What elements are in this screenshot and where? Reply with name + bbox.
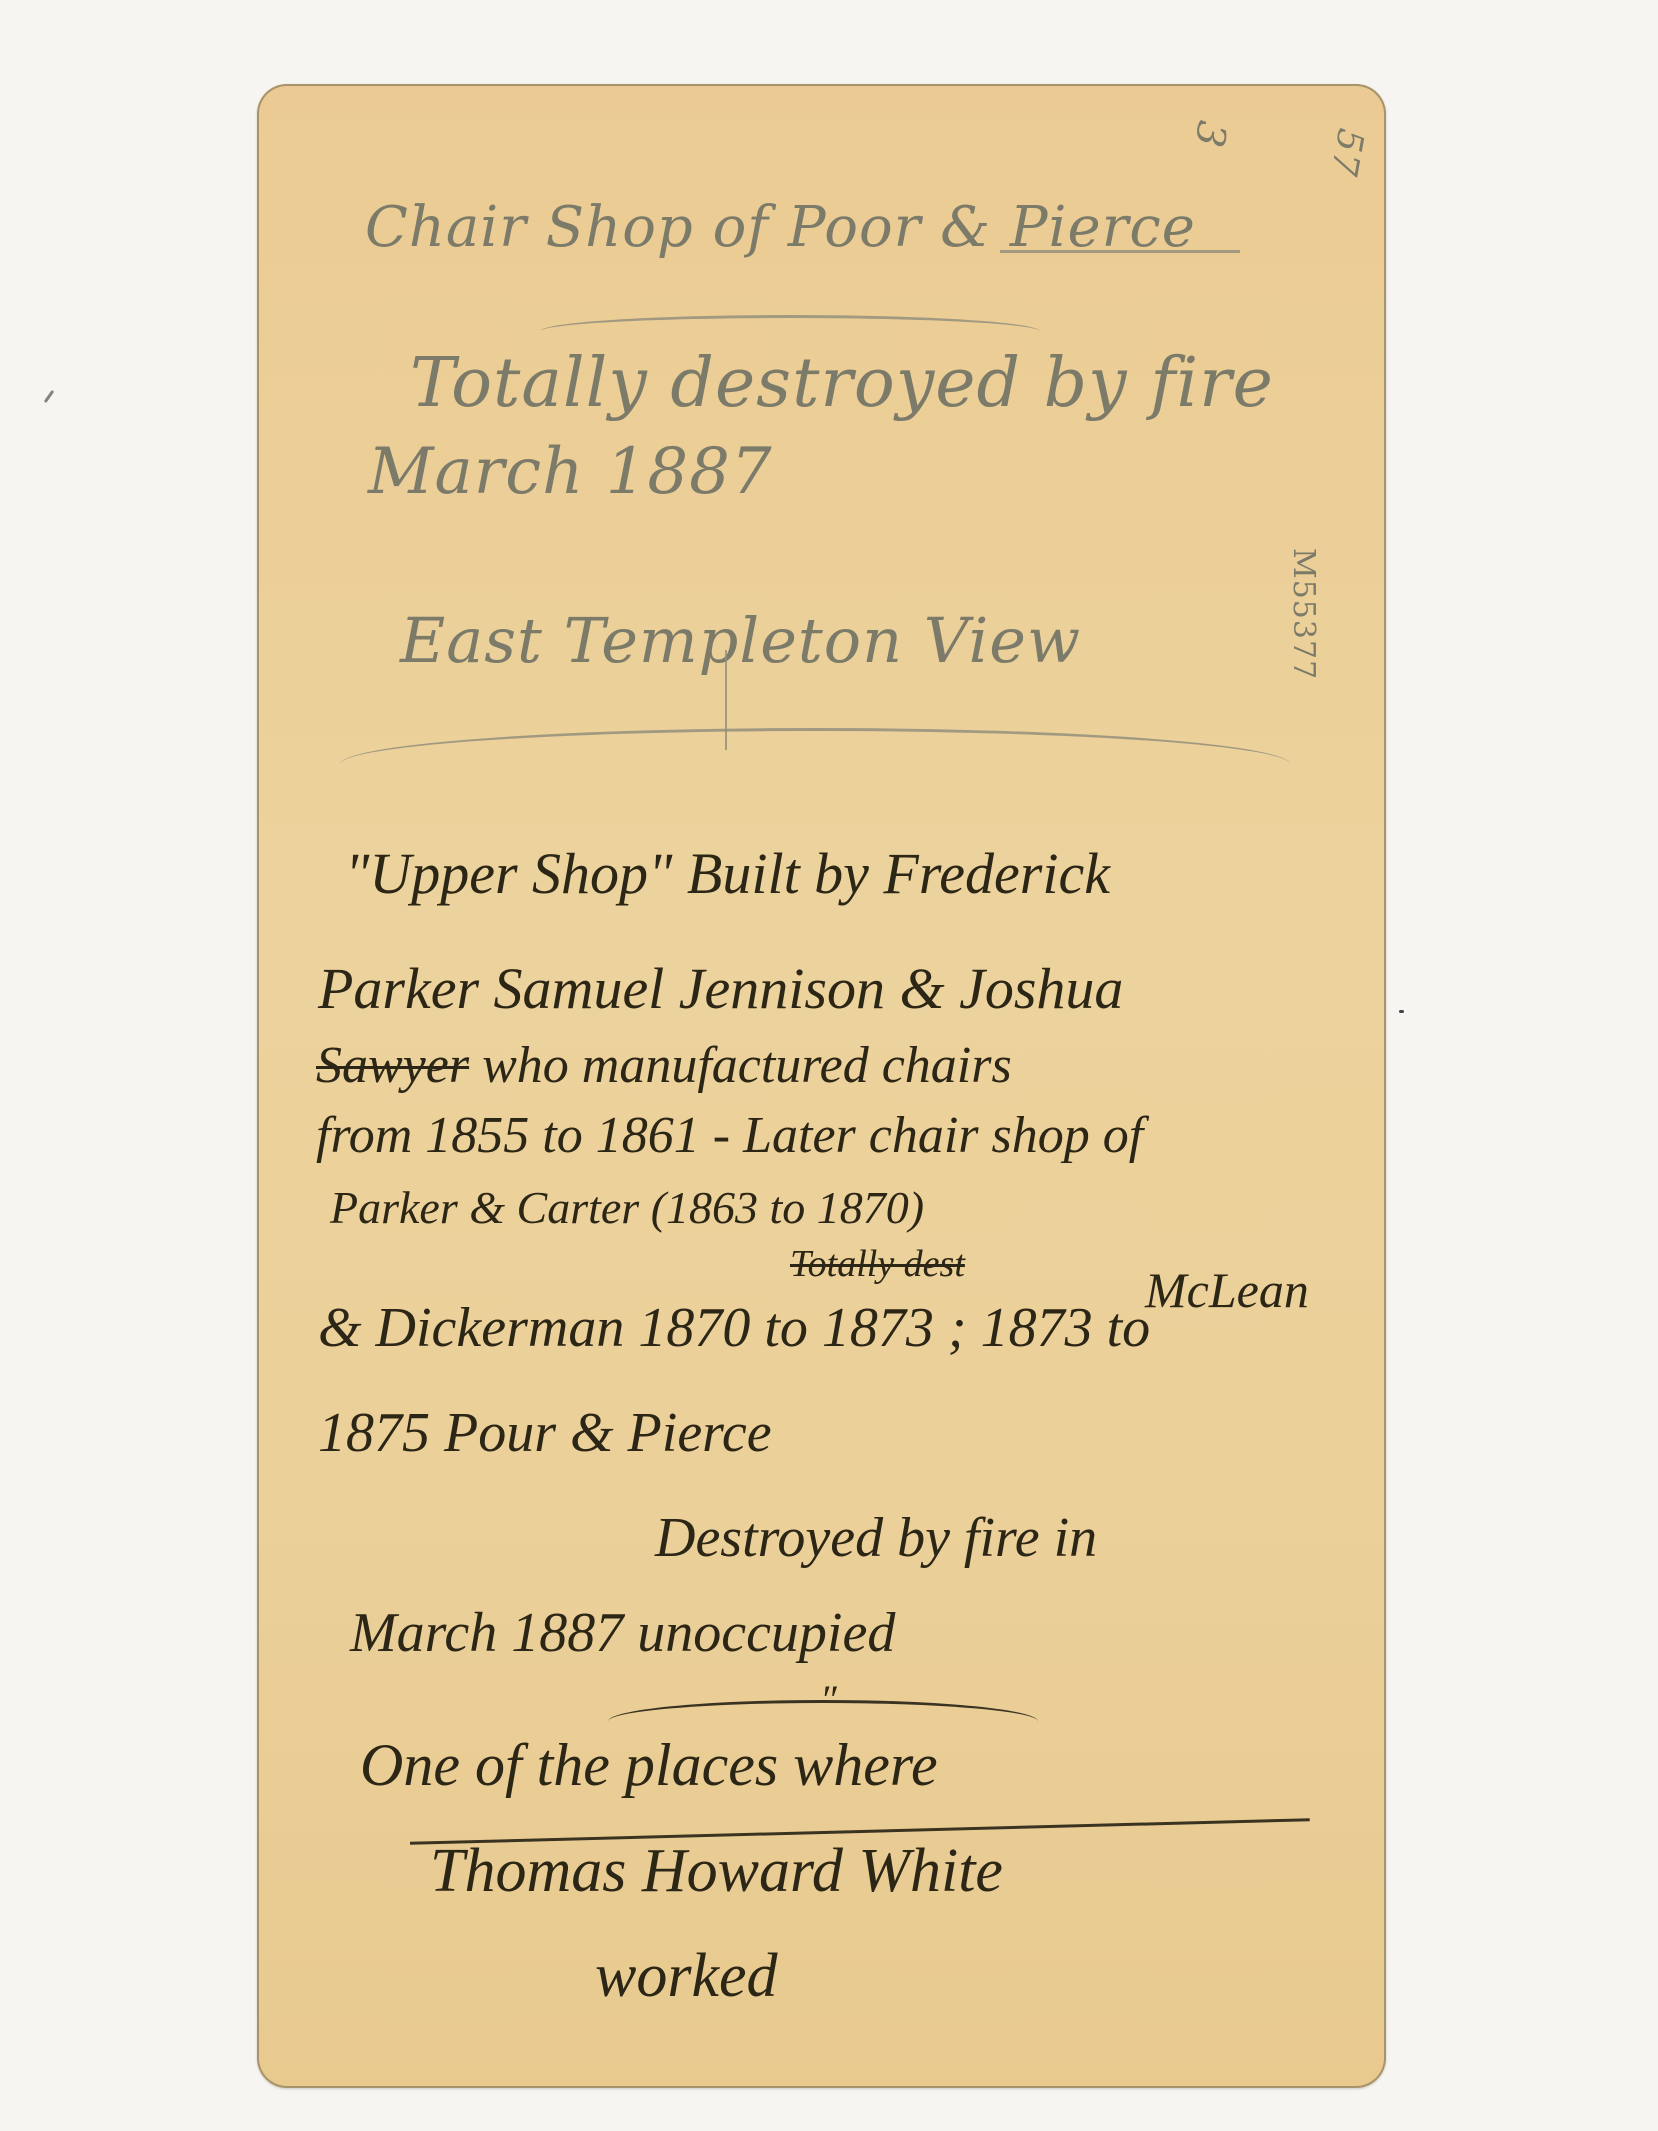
ink-line-2: Parker Samuel Jennison & Joshua xyxy=(318,960,1123,1018)
ink-line-5: Parker & Carter (1863 to 1870) xyxy=(330,1185,924,1231)
ink-line-5-name: McLean xyxy=(1145,1265,1309,1315)
ink-divider-mark: ″ xyxy=(820,1680,837,1720)
ink-line-9: March 1887 unoccupied xyxy=(350,1605,895,1661)
ink-line-3-text: who manufactured chairs xyxy=(469,1037,1012,1094)
ink-line-7: 1875 Pour & Pierce xyxy=(318,1405,772,1461)
pencil-title: Chair Shop of Poor & Pierce xyxy=(365,200,1196,256)
pencil-underline xyxy=(1000,250,1240,261)
ink-line-12: worked xyxy=(595,1945,778,2007)
struck-word: Sawyer xyxy=(316,1037,469,1094)
struck-note: Totally dest xyxy=(790,1245,965,1283)
pencil-tick-line xyxy=(725,650,729,750)
paper-speck xyxy=(1399,1010,1404,1013)
ink-line-3: Sawyer who manufactured chairs xyxy=(316,1040,1012,1092)
ink-line-4: from 1855 to 1861 - Later chair shop of xyxy=(316,1110,1143,1162)
ink-line-10: One of the places where xyxy=(360,1735,938,1795)
ink-line-8: Destroyed by fire in xyxy=(655,1510,1097,1566)
ink-line-1: "Upper Shop" Built by Frederick xyxy=(345,845,1110,903)
corner-mark-2: 57 xyxy=(1324,126,1368,179)
pencil-location: East Templeton View xyxy=(400,610,1081,672)
ink-line-11: Thomas Howard White xyxy=(430,1840,1003,1902)
pencil-date: March 1887 xyxy=(368,440,773,504)
ink-line-6: & Dickerman 1870 to 1873 ; 1873 to xyxy=(318,1300,1150,1356)
pencil-destroyed-note: Totally destroyed by fire xyxy=(410,350,1274,418)
catalog-number: M55377 xyxy=(1288,548,1318,680)
pencil-separator-line xyxy=(340,728,1290,801)
paper-speck xyxy=(44,390,54,403)
